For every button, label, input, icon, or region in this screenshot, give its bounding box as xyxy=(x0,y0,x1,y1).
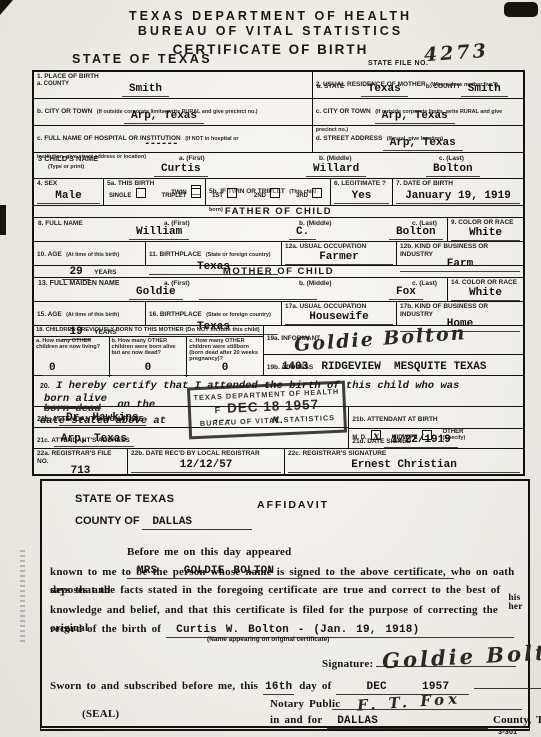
field-registrar-date: 22b. DATE REC'D BY LOCAL REGISTRAR 12/12… xyxy=(128,449,285,474)
notary-county-value: DALLAS xyxy=(327,715,488,729)
field-mother-birthplace: 16. BIRTHPLACE (State or foreign country… xyxy=(146,302,282,325)
affidavit-title: AFFIDAVIT xyxy=(257,499,329,511)
triplet-checkbox xyxy=(191,188,201,198)
father-ind-label: 12b. KIND OF BUSINESS OR INDUSTRY xyxy=(400,243,520,258)
field-residence-city: c. CITY OR TOWN (If outside corporate li… xyxy=(313,99,523,125)
field-mother-name: 13. FULL MAIDEN NAME a. (First) b. (Midd… xyxy=(34,278,447,301)
father-occ-label: 12a. USUAL OCCUPATION xyxy=(285,243,393,251)
informant-address-value: 1403 RIDGEVIEW MESQUITE TEXAS xyxy=(282,361,487,373)
scan-artifact-edge xyxy=(0,205,6,235)
legitimate-label: 6. LEGITIMATE ? xyxy=(334,180,389,188)
affidavit-signature-handwritten: Goldie Bolton xyxy=(381,638,541,673)
prev-dead-label: b. How many OTHER children were born ali… xyxy=(112,338,185,356)
residence-state-label: a. STATE xyxy=(317,83,345,91)
prev-living: a. How many OTHER children are now livin… xyxy=(34,337,110,377)
record-label: record of the birth of xyxy=(50,623,161,635)
affidavit-body2: says that the facts stated in the forego… xyxy=(50,584,500,596)
seal-label: (SEAL) xyxy=(82,705,119,723)
second-born-checkbox xyxy=(270,188,280,198)
mother-race-value: White xyxy=(451,287,520,301)
state-file-no-handwritten: 4273 xyxy=(423,40,489,66)
field-twin-triplet: 5b. IF TWIN OR TRIPLET (This child born)… xyxy=(206,179,331,205)
record-note: (Name appearing on original certificate) xyxy=(207,636,329,643)
field-attendant-right: 21b. ATTENDANT AT BIRTH M. D. x MIDWIFE … xyxy=(349,407,523,448)
mother-occ-label: 17a. USUAL OCCUPATION xyxy=(285,303,393,311)
sworn-text: Sworn to and subscribed before me, this xyxy=(50,680,258,692)
field-father-occupation: 12a. USUAL OCCUPATION Farmer xyxy=(282,242,397,265)
street-label: d. STREET ADDRESS xyxy=(316,135,383,142)
father-occ-value: Farmer xyxy=(285,251,393,265)
mother-bp-note: (State or foreign country) xyxy=(206,312,271,318)
header-department: TEXAS DEPARTMENT OF HEALTH xyxy=(0,9,541,24)
father-age-note: (At time of this birth) xyxy=(66,252,119,258)
field-mother-age: 15. AGE (At time of this birth) 19 YEARS xyxy=(34,302,146,325)
father-middle-value: C. xyxy=(289,226,316,240)
prev-children-title: 18. CHILDREN PREVIOUSLY BORN TO THIS MOT… xyxy=(34,326,263,337)
field-mother-race: 14. COLOR OR RACE White xyxy=(447,278,523,301)
residence-county-value: Smith xyxy=(461,83,508,97)
father-age-label: 10. AGE xyxy=(37,251,62,258)
form-number: 3-301 xyxy=(498,727,517,736)
appeared-label: Before me on this day appeared xyxy=(127,546,291,558)
father-ind-value: Farm xyxy=(400,258,520,272)
field-hospital: c. FULL NAME OF HOSPITAL OR INSTITUTION … xyxy=(34,126,313,152)
residence-city-value: Arp, Texas xyxy=(375,110,455,124)
father-age-years: YEARS xyxy=(94,269,116,276)
field-mother-occupation: 17a. USUAL OCCUPATION Housewife xyxy=(282,302,397,325)
residence-city-label: c. CITY OR TOWN xyxy=(316,108,371,115)
scan-artifact-margin-text xyxy=(20,550,25,642)
place-county-label: a. COUNTY xyxy=(37,81,309,89)
second-born-label: 2ND xyxy=(254,193,266,199)
field-father-age: 10. AGE (At time of this birth) 29 YEARS xyxy=(34,242,146,265)
mother-name-label: 13. FULL MAIDEN NAME xyxy=(38,280,120,288)
field-father-industry: 12b. KIND OF BUSINESS OR INDUSTRY Farm xyxy=(397,242,523,265)
mother-first-value: Goldie xyxy=(129,286,183,300)
father-bp-value: Texas xyxy=(149,261,278,275)
prev-stillborn: c. How many OTHER children were stillbor… xyxy=(187,337,263,377)
child-name-label: 3 CHILD'S NAME xyxy=(38,155,98,163)
field-father-birthplace: 11. BIRTHPLACE (State or foreign country… xyxy=(146,242,282,265)
mother-ind-label: 17b. KIND OF BUSINESS OR INDUSTRY xyxy=(400,303,520,318)
residence-county-label: b. COUNTY xyxy=(426,83,461,91)
sworn-text2: day of xyxy=(299,680,331,692)
mother-middle-label: b. (Middle) xyxy=(299,280,332,288)
field-place-of-birth: 1. PLACE OF BIRTH a. COUNTY Smith xyxy=(34,72,313,98)
dob-label: 7. DATE OF BIRTH xyxy=(396,180,520,188)
registrar-signature-value: Ernest Christian xyxy=(288,459,520,473)
affidavit-state: STATE OF TEXAS xyxy=(75,493,175,505)
mother-middle-blank xyxy=(199,288,317,300)
field-legitimate: 6. LEGITIMATE ? Yes xyxy=(331,179,393,205)
informant-signature-handwritten: Goldie Bolton xyxy=(293,322,467,356)
field-registrar-signature: 22c. REGISTRAR'S SIGNATURE Ernest Christ… xyxy=(285,449,523,474)
field-registrar-file-no: 22a. REGISTRAR'S FILE NO. 713 xyxy=(34,449,128,474)
first-born-label: 1ST xyxy=(212,193,223,199)
sex-label: 4. SEX xyxy=(37,180,100,188)
father-last-value: Bolton xyxy=(389,226,443,240)
place-title: 1. PLACE OF BIRTH xyxy=(37,73,309,81)
attendant-signature-value: Dr. Hawkins xyxy=(59,412,146,426)
single-checkbox xyxy=(136,188,146,198)
notary-public-label: Notary Public xyxy=(270,697,340,711)
attendant-at-birth-label: 21b. ATTENDANT AT BIRTH xyxy=(352,416,437,423)
hospital-value: ------ xyxy=(144,138,178,150)
mother-age-label: 15. AGE xyxy=(37,311,62,318)
mother-occ-value: Housewife xyxy=(285,311,393,325)
registrar-signature-label: 22c. REGISTRAR'S SIGNATURE xyxy=(288,450,520,458)
certify-number: 20. xyxy=(40,383,50,390)
registrar-file-label: 22a. REGISTRAR'S FILE NO. xyxy=(37,450,124,465)
mother-age-note: (At time of this birth) xyxy=(66,312,119,318)
legitimate-value: Yes xyxy=(334,190,389,204)
field-place-city: b. CITY OR TOWN (If outside corporate li… xyxy=(34,99,313,125)
field-father-name: 8. FULL NAME a. (First) b. (Middle) c. (… xyxy=(34,218,447,241)
field-sex: 4. SEX Male xyxy=(34,179,104,205)
child-name-note: (Type or print) xyxy=(48,164,84,170)
field-father-race: 9. COLOR OR RACE White xyxy=(447,218,523,241)
dob-value: January 19, 1919 xyxy=(396,190,520,204)
affidavit-section: STATE OF TEXAS AFFIDAVIT COUNTY OF DALLA… xyxy=(40,479,530,731)
father-bp-label: 11. BIRTHPLACE xyxy=(149,251,201,258)
prev-stillborn-label: c. How many OTHER children were stillbor… xyxy=(189,338,261,362)
child-first-label: a. (First) xyxy=(179,155,205,163)
field-informant: 19a. INFORMANT Goldie Bolton 19b. ADDRES… xyxy=(264,326,523,375)
county-texas-label: County, Texas xyxy=(493,714,541,726)
place-city-value: Arp, Texas xyxy=(124,110,204,124)
field-residence-of-mother: 2. USUAL RESIDENCE OF MOTHER (Where does… xyxy=(313,72,523,98)
residence-state-value: Texas xyxy=(361,83,408,97)
triplet-label: TRIPLET xyxy=(162,193,187,199)
prev-living-value: 0 xyxy=(42,362,107,376)
sworn-day: 16th xyxy=(263,681,294,695)
father-name-label: 8. FULL NAME xyxy=(38,220,83,228)
prev-living-label: a. How many OTHER children are now livin… xyxy=(36,338,107,350)
filed-date-stamp: TEXAS DEPARTMENT OF HEALTH FDEC 18 1957 … xyxy=(187,381,347,440)
single-label: SINGLE xyxy=(109,193,131,199)
registrar-date-value: 12/12/57 xyxy=(131,459,281,473)
stamp-filed: F xyxy=(214,405,221,415)
birth-certificate-document: TEXAS DEPARTMENT OF HEALTH BUREAU OF VIT… xyxy=(0,0,541,737)
mother-race-label: 14. COLOR OR RACE xyxy=(451,279,520,287)
state-of-texas-label: STATE OF TEXAS xyxy=(72,52,212,66)
mother-last-value: Fox xyxy=(389,286,423,300)
child-last-label: c. (Last) xyxy=(439,155,464,163)
field-street-address: d. STREET ADDRESS (If rural, give locati… xyxy=(313,126,523,152)
father-first-value: William xyxy=(129,226,189,240)
first-born-checkbox xyxy=(227,188,237,198)
field-this-birth: 5a. THIS BIRTH SINGLE TWIN TRIPLET xyxy=(104,179,206,205)
affidavit-county-value: DALLAS xyxy=(142,516,252,530)
sex-value: Male xyxy=(37,190,100,204)
attendant-address-value: Arp, Texas xyxy=(54,433,134,447)
child-middle-value: Willard xyxy=(306,163,366,177)
father-race-label: 9. COLOR OR RACE xyxy=(451,219,520,227)
sworn-line xyxy=(474,677,541,689)
registrar-date-label: 22b. DATE REC'D BY LOCAL REGISTRAR xyxy=(131,450,281,458)
place-county-value: Smith xyxy=(122,83,169,97)
stamp-date: DEC 18 1957 xyxy=(227,397,320,416)
place-city-label: b. CITY OR TOWN xyxy=(37,108,92,115)
prev-dead-value: 0 xyxy=(112,362,185,376)
third-born-checkbox xyxy=(312,188,322,198)
state-file-no-label: STATE FILE NO. xyxy=(368,60,428,67)
prev-stillborn-value: 0 xyxy=(189,362,261,376)
mother-bp-label: 16. BIRTHPLACE xyxy=(149,311,202,318)
street-value: Arp, Texas xyxy=(383,137,463,151)
affidavit-county-label: COUNTY OF xyxy=(75,515,140,527)
field-date-of-birth: 7. DATE OF BIRTH January 19, 1919 xyxy=(393,179,523,205)
signature-label: Signature: xyxy=(322,658,373,670)
prev-dead: b. How many OTHER children were born ali… xyxy=(110,337,188,377)
registrar-file-value: 713 xyxy=(37,465,124,477)
child-middle-label: b. (Middle) xyxy=(319,155,352,163)
father-bp-note: (State or foreign country) xyxy=(206,252,271,258)
date-signed-value: 1/22/1919 xyxy=(384,434,457,448)
in-and-for-label: in and for xyxy=(270,714,322,726)
header-bureau: BUREAU OF VITAL STATISTICS xyxy=(0,24,541,39)
child-last-value: Bolton xyxy=(426,163,480,177)
child-first-value: Curtis xyxy=(154,163,208,177)
father-race-value: White xyxy=(451,227,520,241)
field-child-name: 3 CHILD'S NAME (Type or print) a. (First… xyxy=(34,153,523,178)
field-previous-children: 18. CHILDREN PREVIOUSLY BORN TO THIS MOT… xyxy=(34,326,264,375)
third-born-label: 3RD xyxy=(296,193,308,199)
